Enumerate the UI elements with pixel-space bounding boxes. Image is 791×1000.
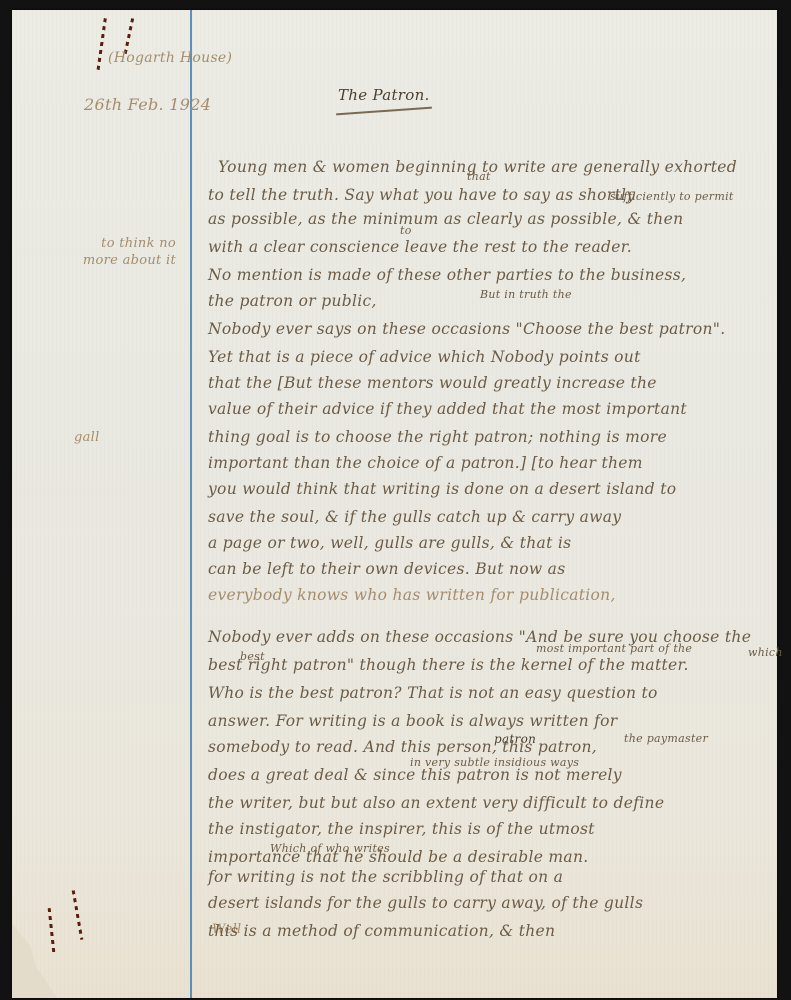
margin-note-think: to think no more about it (76, 235, 176, 269)
body-line-5: No mention is made of these other partie… (208, 266, 686, 284)
blue-margin-rule (190, 10, 192, 998)
body-line-28: desert islands for the gulls to carry aw… (208, 894, 643, 912)
body-line-18: Nobody ever adds on these occasions "And… (208, 628, 751, 646)
body-line-10: value of their advice if they added that… (208, 400, 687, 418)
body-line-20: Who is the best patron? That is not an e… (208, 684, 658, 702)
date-note: 26th Feb. 1924 (84, 95, 211, 114)
manuscript-page: (Hogarth House) 26th Feb. 1924 The Patro… (12, 10, 777, 998)
body-line-4: with a clear conscience leave the rest t… (208, 238, 632, 256)
body-line-22: somebody to read. And this person, this … (208, 738, 597, 756)
page-title: The Patron. (338, 86, 430, 104)
body-line-11: thing goal is to choose the right patron… (208, 428, 667, 446)
body-line-14: save the soul, & if the gulls catch up &… (208, 508, 621, 526)
margin-note-gall: gall (74, 430, 100, 445)
body-line-29: this is a method of communication, & the… (208, 922, 555, 940)
body-line-7: Nobody ever says on these occasions "Cho… (208, 320, 725, 338)
body-line-9: that the [But these mentors would greatl… (208, 374, 657, 392)
body-line-25: the instigator, the inspirer, this is of… (208, 820, 595, 838)
pin-mark-top-left (96, 18, 107, 73)
body-line-23: does a great deal & since this patron is… (208, 766, 622, 784)
body-line-27: for writing is not the scribbling of tha… (208, 868, 563, 886)
body-line-15: a page or two, well, gulls are gulls, & … (208, 534, 571, 552)
body-line-2: to tell the truth. Say what you have to … (208, 186, 635, 204)
insert-which: which (748, 646, 783, 659)
body-line-13: you would think that writing is done on … (208, 480, 676, 498)
body-line-12: important than the choice of a patron.] … (208, 454, 643, 472)
body-line-6: the patron or public, (208, 292, 377, 310)
body-line-19: best right patron" though there is the k… (208, 656, 689, 674)
body-line-26: importance that he should be a desirable… (208, 848, 588, 866)
body-line-17: everybody knows who has written for publ… (208, 586, 616, 604)
body-line-21: answer. For writing is a book is always … (208, 712, 617, 730)
pin-mark-bottom-left (48, 908, 56, 953)
insert-but-in-truth: But in truth the (480, 288, 572, 301)
pin-mark-bottom-right (72, 890, 84, 940)
insert-paymaster: the paymaster (624, 732, 708, 745)
location-note: (Hogarth House) (108, 50, 232, 66)
body-line-24: the writer, but but also an extent very … (208, 794, 664, 812)
body-line-16: can be left to their own devices. But no… (208, 560, 565, 578)
body-line-8: Yet that is a piece of advice which Nobo… (208, 348, 641, 366)
body-line-3: as possible, as the minimum as clearly a… (208, 210, 683, 228)
title-underline (336, 107, 432, 115)
body-line-1: Young men & women beginning to write are… (218, 158, 737, 176)
